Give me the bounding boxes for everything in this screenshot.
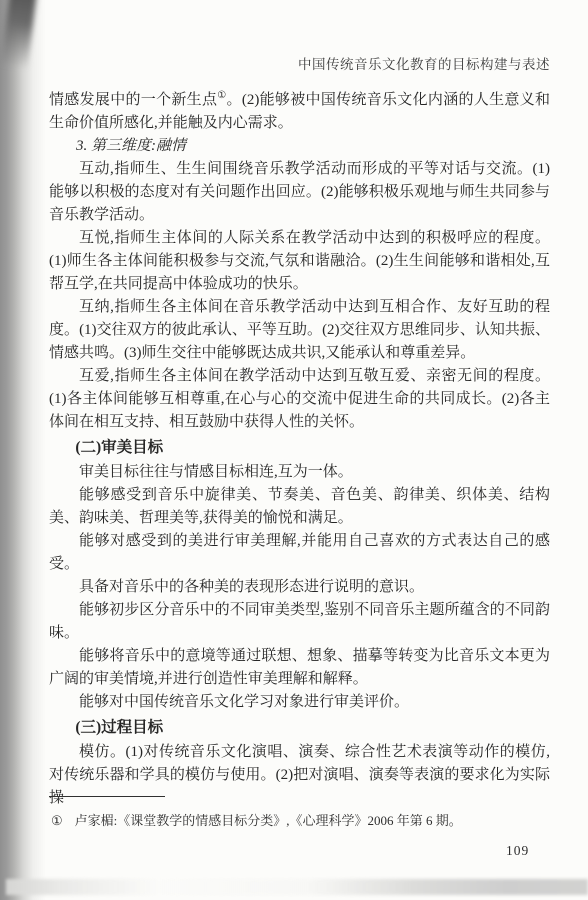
paragraph-aesthetic-2: 能够感受到音乐中旋律美、节奏美、音色美、韵律美、织体美、结构美、韵味美、哲理美等… xyxy=(49,484,550,530)
paragraph-aesthetic-4: 具备对音乐中的各种美的表现形态进行说明的意识。 xyxy=(49,576,550,599)
page-number: 109 xyxy=(506,843,529,859)
paragraph-aesthetic-3: 能够对感受到的美进行审美理解,并能用自己喜欢的方式表达自己的感受。 xyxy=(49,530,550,576)
paragraph-huna: 互纳,指师生各主体间在音乐教学活动中达到互相合作、友好互助的程度。(1)交往双方… xyxy=(49,296,550,365)
footnote-reference-marker: ① xyxy=(217,90,226,101)
paragraph-huyue: 互悦,指师生主体间的人际关系在教学活动中达到的积极呼应的程度。(1)师生各主体间… xyxy=(49,227,550,296)
footnote-number-marker: ① xyxy=(51,812,63,830)
footnote-divider-line xyxy=(49,796,165,797)
paragraph-aesthetic-7: 能够对中国传统音乐文化学习对象进行审美评价。 xyxy=(49,691,550,714)
running-header-title: 中国传统音乐文化教育的目标构建与表述 xyxy=(298,53,550,73)
paragraph-text: 情感发展中的一个新生点 xyxy=(49,92,217,108)
subsection-heading-third-dimension: 3. 第三维度:融情 xyxy=(49,135,550,158)
paragraph-aesthetic-5: 能够初步区分音乐中的不同审美类型,鉴别不同音乐主题所蕴含的不同韵味。 xyxy=(49,599,550,645)
footnote-citation-text: 卢家楣:《课堂教学的情感目标分类》,《心理科学》2006 年第 6 期。 xyxy=(75,812,541,830)
paragraph-aesthetic-6: 能够将音乐中的意境等通过联想、想象、描摹等转变为比音乐文本更为广阔的审美情境,并… xyxy=(49,645,550,691)
paragraph-aesthetic-1: 审美目标往往与情感目标相连,互为一体。 xyxy=(49,461,550,484)
paragraph-continued-from-previous-page: 情感发展中的一个新生点①。(2)能够被中国传统音乐文化内涵的人生意义和生命价值所… xyxy=(49,89,550,135)
footnote: ① 卢家楣:《课堂教学的情感目标分类》,《心理科学》2006 年第 6 期。 xyxy=(51,812,541,830)
paragraph-hudong: 互动,指师生、生生间围绕音乐教学活动而形成的平等对话与交流。(1)能够以积极的态… xyxy=(49,158,550,227)
paragraph-imitation: 模仿。(1)对传统音乐文化演唱、演奏、综合性艺术表演等动作的模仿,对传统乐器和学… xyxy=(49,741,550,810)
section-heading-process-goals: (三)过程目标 xyxy=(49,716,550,739)
section-heading-aesthetic-goals: (二)审美目标 xyxy=(49,436,550,459)
scanned-book-page: 中国传统音乐文化教育的目标构建与表述 情感发展中的一个新生点①。(2)能够被中国… xyxy=(0,0,588,900)
scan-left-edge-shadow xyxy=(0,0,46,900)
scan-bottom-edge-shadow xyxy=(6,879,588,895)
paragraph-huai: 互爱,指师生各主体间在教学活动中达到互敬互爱、亲密无间的程度。(1)各主体间能够… xyxy=(49,365,550,434)
page-body-text: 情感发展中的一个新生点①。(2)能够被中国传统音乐文化内涵的人生意义和生命价值所… xyxy=(49,89,550,810)
